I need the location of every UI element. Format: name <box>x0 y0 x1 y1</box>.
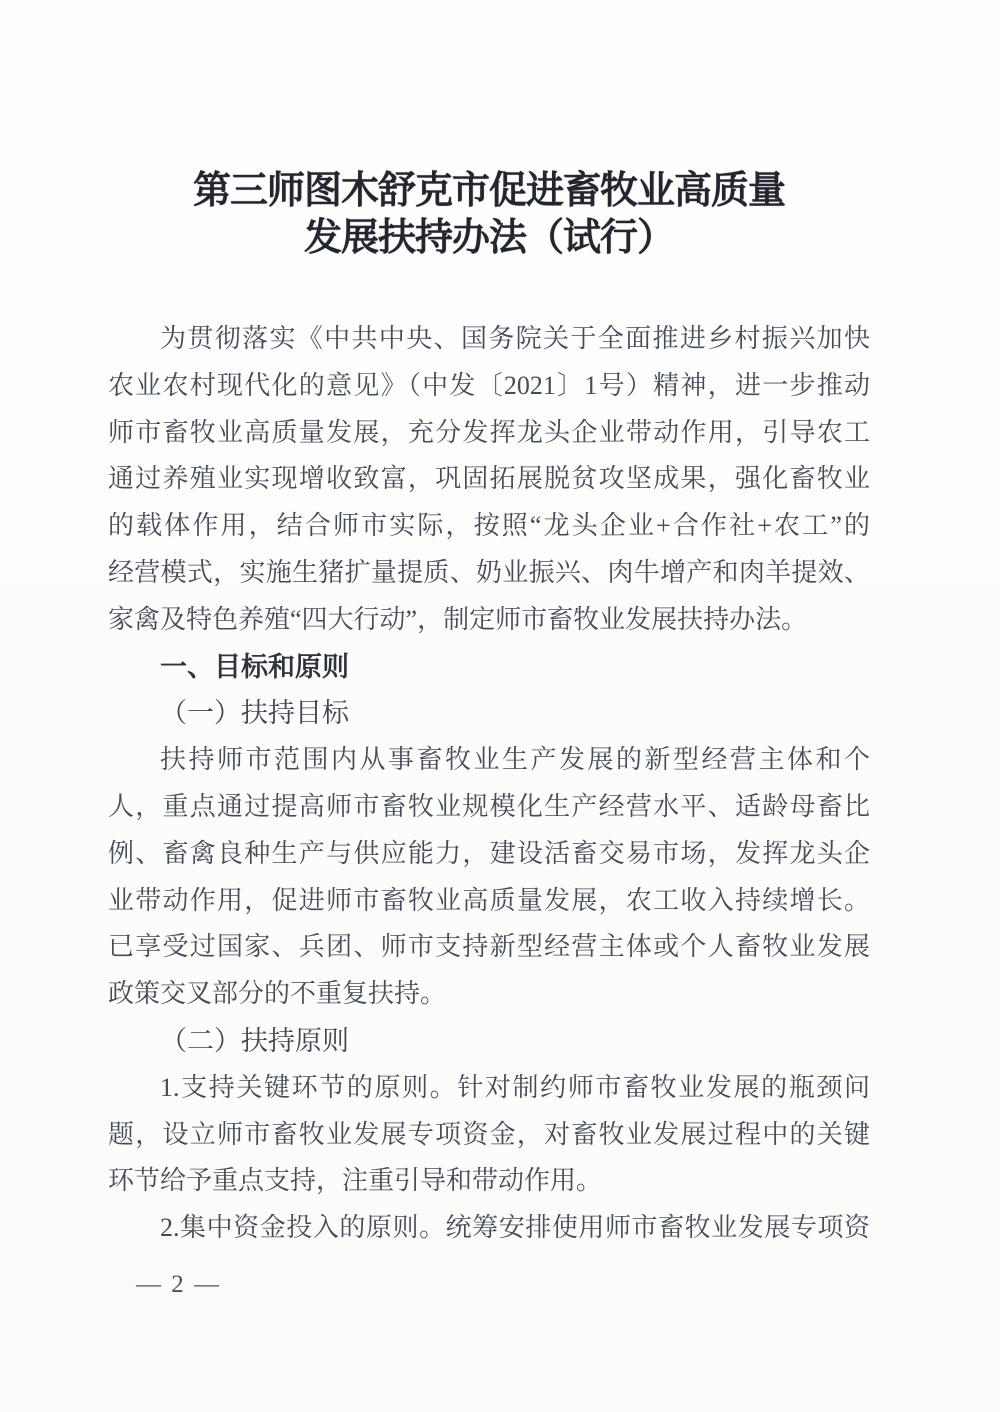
body-text-line: 人，重点通过提高师市畜牧业规模化生产经营水平、适龄母畜比 <box>108 784 870 831</box>
document-page: 第三师图木舒克市促进畜牧业高质量 发展扶持办法（试行） 为贯彻落实《中共中央、国… <box>0 0 1000 1412</box>
section-heading: 一、目标和原则 <box>108 644 870 691</box>
body-text-line: 家禽及特色养殖“四大行动”，制定师市畜牧业发展扶持办法。 <box>108 597 870 644</box>
body-text-line: 政策交叉部分的不重复扶持。 <box>108 971 870 1018</box>
body-text-line: 环节给予重点支持，注重引导和带动作用。 <box>108 1158 870 1205</box>
body-text-line: 业带动作用，促进师市畜牧业高质量发展，农工收入持续增长。 <box>108 878 870 925</box>
document-title-line-1: 第三师图木舒克市促进畜牧业高质量 <box>108 168 870 215</box>
body-text-line: 已享受过国家、兵团、师市支持新型经营主体或个人畜牧业发展 <box>108 924 870 971</box>
body-text-line: 例、畜禽良种生产与供应能力，建设活畜交易市场，发挥龙头企 <box>108 831 870 878</box>
body-text-line: 经营模式，实施生猪扩量提质、奶业振兴、肉牛增产和肉羊提效、 <box>108 550 870 597</box>
page-number: — 2 — <box>136 1268 221 1302</box>
subsection-heading: （二）扶持原则 <box>108 1018 870 1065</box>
body-text-line: 农业农村现代化的意见》（中发〔2021〕1号）精神，进一步推动 <box>108 363 870 410</box>
document-title-line-2: 发展扶持办法（试行） <box>108 215 870 262</box>
subsection-heading: （一）扶持目标 <box>108 690 870 737</box>
body-text-line: 2.集中资金投入的原则。统筹安排使用师市畜牧业发展专项资 <box>108 1205 870 1252</box>
body-text-line: 的载体作用，结合师市实际，按照“龙头企业+合作社+农工”的 <box>108 503 870 550</box>
body-text-line: 题，设立师市畜牧业发展专项资金，对畜牧业发展过程中的关键 <box>108 1112 870 1159</box>
document-title: 第三师图木舒克市促进畜牧业高质量 发展扶持办法（试行） <box>108 168 870 262</box>
body-text-line: 通过养殖业实现增收致富，巩固拓展脱贫攻坚成果，强化畜牧业 <box>108 456 870 503</box>
body-text-line: 师市畜牧业高质量发展，充分发挥龙头企业带动作用，引导农工 <box>108 410 870 457</box>
document-body: 为贯彻落实《中共中央、国务院关于全面推进乡村振兴加快农业农村现代化的意见》（中发… <box>108 316 870 1252</box>
body-text-line: 1.支持关键环节的原则。针对制约师市畜牧业发展的瓶颈问 <box>108 1065 870 1112</box>
body-text-line: 扶持师市范围内从事畜牧业生产发展的新型经营主体和个 <box>108 737 870 784</box>
body-text-line: 为贯彻落实《中共中央、国务院关于全面推进乡村振兴加快 <box>108 316 870 363</box>
